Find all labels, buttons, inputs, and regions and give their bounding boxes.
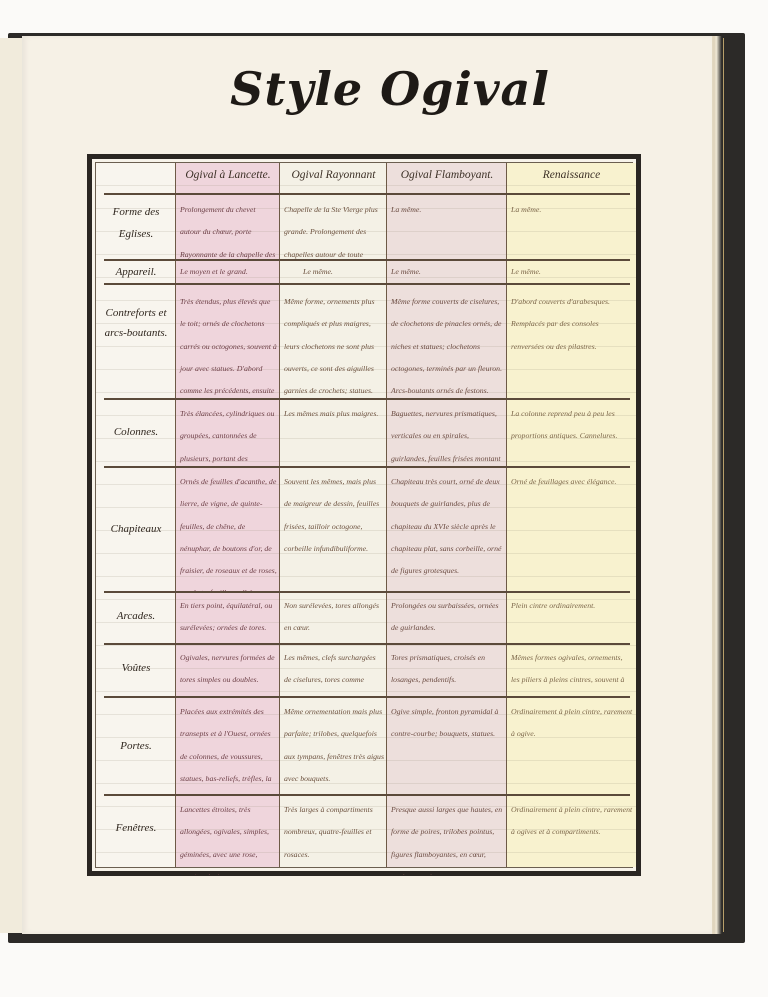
- cell-voutes-rayonnant: Les mêmes, clefs surchargées de ciselure…: [281, 647, 387, 695]
- cell-forme-flamboyant: La même.: [388, 199, 507, 259]
- cell-chapiteaux-lancette: Ornés de feuilles d'acanthe, de lierre, …: [177, 471, 280, 591]
- cell-voutes-renaissance: Mêmes formes ogivales, ornements, les pi…: [508, 647, 636, 695]
- cell-fenetres-rayonnant: Très larges à compartiments nombreux, qu…: [281, 799, 387, 875]
- cell-appareil-lancette: Le moyen et le grand.: [177, 261, 280, 283]
- cell-portes-rayonnant: Même ornementation mais plus parfaite; t…: [281, 701, 387, 793]
- cell-fenetres-flamboyant: Presque aussi larges que hautes, en form…: [388, 799, 507, 875]
- cell-portes-renaissance: Ordinairement à plein cintre, rarement à…: [508, 701, 636, 793]
- comparison-table: Ogival à Lancette. Ogival Rayonnant Ogiv…: [87, 154, 641, 876]
- row-label-fenetres: Fenêtres.: [98, 817, 174, 839]
- cell-fenetres-lancette: Lancettes étroites, très allongées, ogiv…: [177, 799, 280, 875]
- row-rule: [104, 283, 630, 285]
- header-flamboyant: Ogival Flamboyant.: [387, 169, 507, 181]
- page-title: Style Ogival: [225, 62, 555, 116]
- cell-contreforts-rayonnant: Même forme, ornements plus compliqués et…: [281, 291, 387, 397]
- cell-colonnes-rayonnant: Les mêmes mais plus maigres.: [281, 403, 387, 465]
- cell-forme-lancette: Prolongement du chevet autour du chœur, …: [177, 199, 280, 259]
- left-page-edge: [0, 38, 23, 933]
- row-rule: [104, 466, 630, 468]
- cell-contreforts-renaissance: D'abord couverts d'arabesques. Remplacés…: [508, 291, 636, 397]
- header-rayonnant: Ogival Rayonnant: [280, 169, 387, 181]
- row-label-portes: Portes.: [98, 735, 174, 757]
- cell-appareil-flamboyant: Le même.: [388, 261, 507, 283]
- row-rule: [104, 398, 630, 400]
- cell-voutes-lancette: Ogivales, nervures formées de tores simp…: [177, 647, 280, 695]
- cell-appareil-renaissance: Le même.: [508, 261, 636, 283]
- row-rule: [104, 696, 630, 698]
- cell-portes-lancette: Placées aux extrémités des transepts et …: [177, 701, 280, 793]
- cell-portes-flamboyant: Ogive simple, fronton pyramidal à contre…: [388, 701, 507, 793]
- cell-arcades-lancette: En tiers point, équilatéral, ou surélevé…: [177, 595, 280, 641]
- cell-fenetres-renaissance: Ordinairement à plein cintre, rarement à…: [508, 799, 636, 875]
- row-rule: [104, 643, 630, 645]
- cell-contreforts-lancette: Très étendus, plus élevés que le toit; o…: [177, 291, 280, 397]
- cell-chapiteaux-flamboyant: Chapiteau très court, orné de deux bouqu…: [388, 471, 507, 591]
- row-label-chapiteaux: Chapiteaux: [98, 518, 174, 540]
- cell-forme-rayonnant: Chapelle de la Ste Vierge plus grande. P…: [281, 199, 387, 259]
- cell-chapiteaux-rayonnant: Souvent les mêmes, mais plus de maigreur…: [281, 471, 387, 591]
- cell-appareil-rayonnant: Le même.: [281, 261, 387, 283]
- cell-arcades-renaissance: Plein cintre ordinairement.: [508, 595, 636, 641]
- table-inner: Ogival à Lancette. Ogival Rayonnant Ogiv…: [95, 162, 633, 868]
- row-label-voutes: Voûtes: [98, 657, 174, 679]
- header-renaissance: Renaissance: [507, 169, 636, 181]
- row-rule: [104, 794, 630, 796]
- row-label-appareil: Appareil.: [98, 261, 174, 283]
- row-label-colonnes: Colonnes.: [98, 421, 174, 443]
- row-label-forme: Forme des Eglises.: [98, 201, 174, 245]
- cell-arcades-rayonnant: Non surélevées, tores allongés en cœur.: [281, 595, 387, 641]
- row-rule: [104, 591, 630, 593]
- cell-forme-renaissance: La même.: [508, 199, 636, 259]
- header-lancette: Ogival à Lancette.: [176, 169, 280, 181]
- cell-colonnes-lancette: Très élancées, cylindriques ou groupées,…: [177, 403, 280, 465]
- row-label-arcades: Arcades.: [98, 605, 174, 627]
- cell-arcades-flamboyant: Prolongées ou surbaissées, ornées de gui…: [388, 595, 507, 641]
- row-label-contreforts: Contreforts et arcs-boutants.: [98, 303, 174, 343]
- cell-voutes-flamboyant: Tores prismatiques, croisés en losanges,…: [388, 647, 507, 695]
- cell-colonnes-renaissance: La colonne reprend peu à peu les proport…: [508, 403, 636, 465]
- cell-contreforts-flamboyant: Même forme couverts de ciselures, de clo…: [388, 291, 507, 397]
- row-rule: [104, 193, 630, 195]
- cell-colonnes-flamboyant: Baguettes, nervures prismatiques, vertic…: [388, 403, 507, 465]
- cell-chapiteaux-renaissance: Orné de feuillages avec élégance.: [508, 471, 636, 591]
